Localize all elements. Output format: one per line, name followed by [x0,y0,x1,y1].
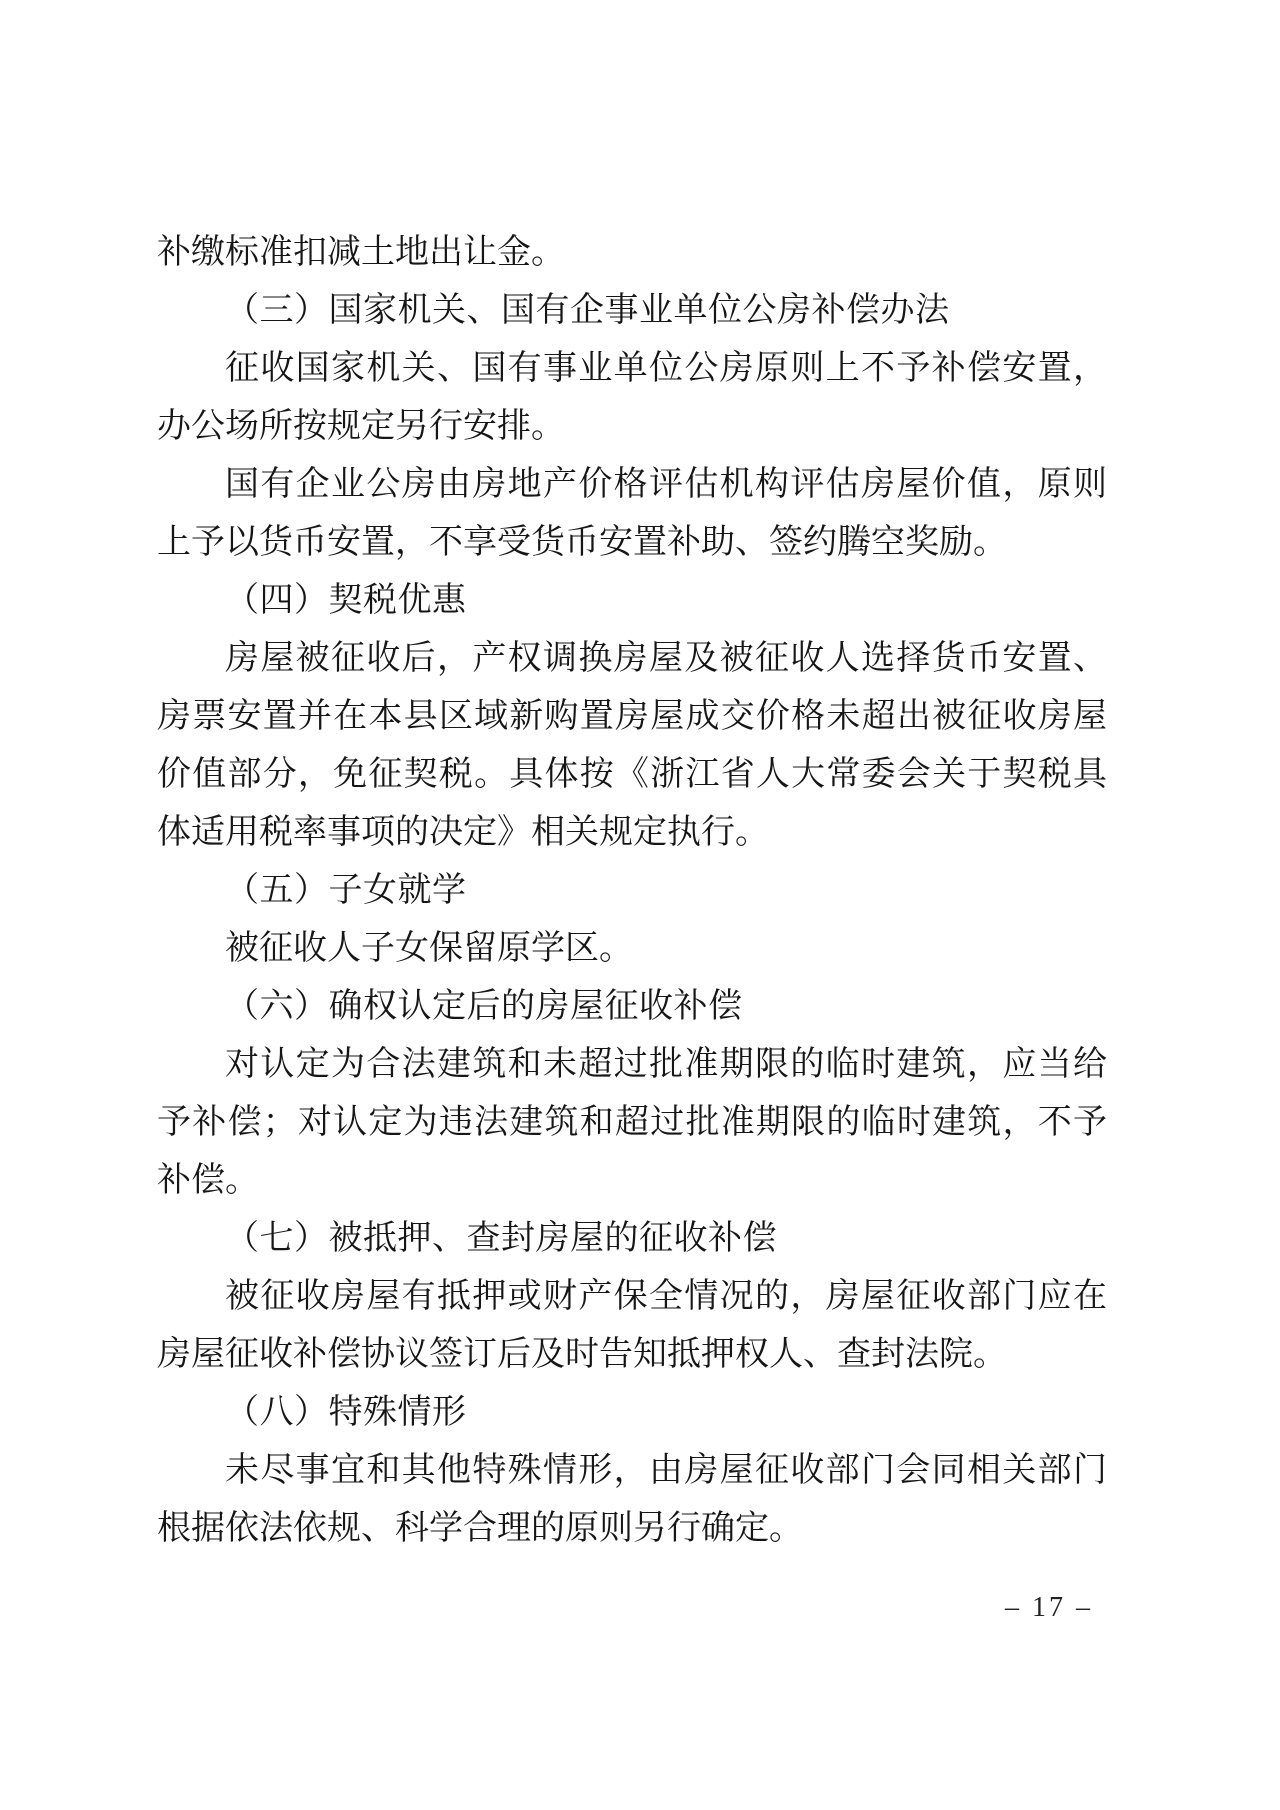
text-line: 征收国家机关、国有事业单位公房原则上不予补偿安置， [157,340,1107,398]
text-line: （七）被抵押、查封房屋的征收补偿 [157,1210,1107,1268]
text-line: （八）特殊情形 [157,1384,1107,1442]
text-line: 房屋征收补偿协议签订后及时告知抵押权人、查封法院。 [157,1326,1107,1384]
text-line: 补偿。 [157,1152,1107,1210]
text-line: 办公场所按规定另行安排。 [157,398,1107,456]
text-line: 补缴标准扣减土地出让金。 [157,224,1107,282]
text-line: 体适用税率事项的决定》相关规定执行。 [157,804,1107,862]
text-line: 房屋被征收后，产权调换房屋及被征收人选择货币安置、 [157,630,1107,688]
text-line: 上予以货币安置，不享受货币安置补助、签约腾空奖励。 [157,514,1107,572]
text-line: 未尽事宜和其他特殊情形，由房屋征收部门会同相关部门 [157,1442,1107,1500]
text-line: （四）契税优惠 [157,572,1107,630]
text-line: 根据依法依规、科学合理的原则另行确定。 [157,1500,1107,1558]
text-line: 国有企业公房由房地产价格评估机构评估房屋价值，原则 [157,456,1107,514]
text-line: （六）确权认定后的房屋征收补偿 [157,978,1107,1036]
text-line: 予补偿；对认定为违法建筑和超过批准期限的临时建筑，不予 [157,1094,1107,1152]
text-line: 被征收房屋有抵押或财产保全情况的，房屋征收部门应在 [157,1268,1107,1326]
text-line: （三）国家机关、国有企事业单位公房补偿办法 [157,282,1107,340]
text-line: （五）子女就学 [157,862,1107,920]
document-body: 补缴标准扣减土地出让金。（三）国家机关、国有企事业单位公房补偿办法征收国家机关、… [157,224,1107,1558]
text-line: 对认定为合法建筑和未超过批准期限的临时建筑，应当给 [157,1036,1107,1094]
text-line: 价值部分，免征契税。具体按《浙江省人大常委会关于契税具 [157,746,1107,804]
text-line: 房票安置并在本县区域新购置房屋成交价格未超出被征收房屋 [157,688,1107,746]
text-line: 被征收人子女保留原学区。 [157,920,1107,978]
document-page: 补缴标准扣减土地出让金。（三）国家机关、国有企事业单位公房补偿办法征收国家机关、… [0,0,1280,1810]
page-number: – 17 – [1005,1592,1093,1624]
